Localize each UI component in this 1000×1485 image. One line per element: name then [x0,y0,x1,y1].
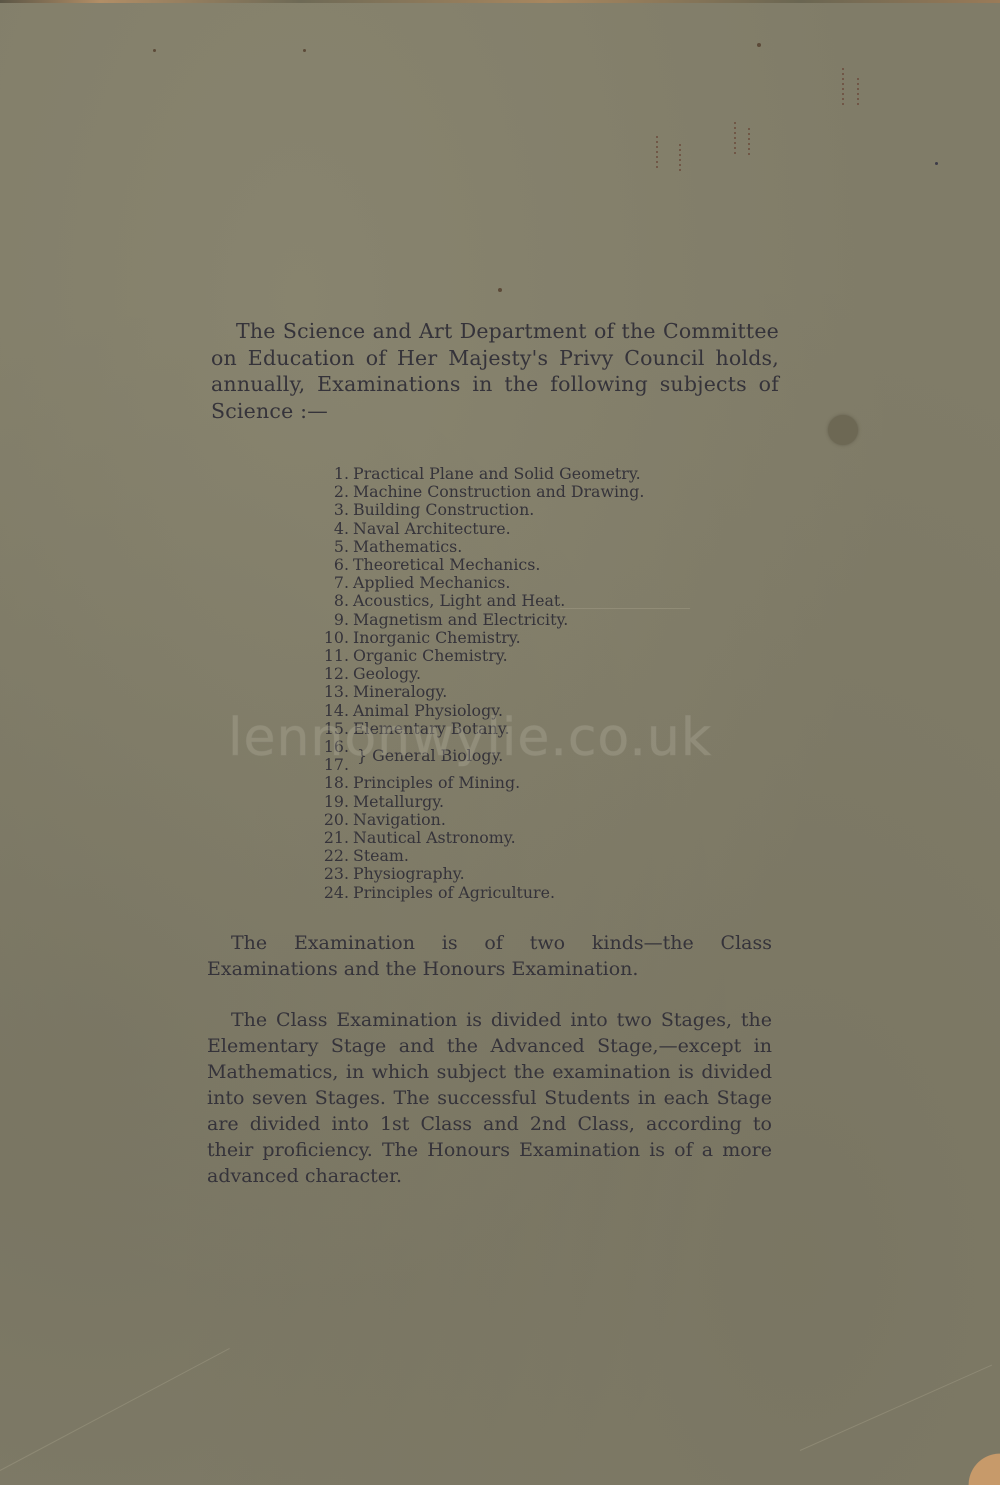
list-item: 10.Inorganic Chemistry. [310,629,670,647]
speck [498,288,502,292]
subject-label: Magnetism and Electricity. [353,611,568,629]
subject-label: Elementary Botany. [353,720,510,738]
subject-number: 16. [310,738,353,756]
list-item: 8.Acoustics, Light and Heat. [310,592,670,610]
list-item: 5.Mathematics. [310,538,670,556]
subject-label: Mathematics. [353,538,462,556]
subject-number: 2. [310,483,353,501]
list-item: 24.Principles of Agriculture. [310,884,670,902]
ink-marks [734,122,736,156]
list-item: 12.Geology. [310,665,670,683]
list-item: 15.Elementary Botany. [310,720,670,738]
subject-label: Navigation. [353,811,446,829]
subject-number: 1. [310,465,353,483]
subject-number: 14. [310,702,353,720]
ink-marks [679,144,681,172]
ink-marks [857,78,859,108]
brace-label-general-biology: } General Biology. [357,747,503,765]
list-item: 14.Animal Physiology. [310,702,670,720]
list-item: 3.Building Construction. [310,501,670,519]
paragraph-text: The Examination is of two kinds—the Clas… [207,930,772,982]
subject-number: 22. [310,847,353,865]
examination-kinds-paragraph: The Examination is of two kinds—the Clas… [207,930,772,982]
list-item: 1.Practical Plane and Solid Geometry. [310,465,670,483]
subject-label: Practical Plane and Solid Geometry. [353,465,641,483]
subject-label: Geology. [353,665,421,683]
list-item: 6.Theoretical Mechanics. [310,556,670,574]
list-item: 9.Magnetism and Electricity. [310,611,670,629]
list-item: 2.Machine Construction and Drawing. [310,483,670,501]
subject-label: Animal Physiology. [353,702,503,720]
subject-number: 9. [310,611,353,629]
speck [303,49,306,52]
speck [757,43,761,47]
speck [935,162,938,165]
ink-marks [748,128,750,158]
list-item: 21.Nautical Astronomy. [310,829,670,847]
subject-label: Naval Architecture. [353,520,511,538]
subject-number: 8. [310,592,353,610]
subject-number: 3. [310,501,353,519]
brace-group: 16. 17. } General Biology. [310,738,670,774]
subject-number: 5. [310,538,353,556]
subject-number: 18. [310,774,353,792]
subject-number: 10. [310,629,353,647]
subject-number: 20. [310,811,353,829]
list-item: 22.Steam. [310,847,670,865]
page-top-edge [0,0,1000,3]
ink-marks [656,136,658,168]
list-item: 13.Mineralogy. [310,683,670,701]
subject-label: Physiography. [353,865,465,883]
list-item: 11.Organic Chemistry. [310,647,670,665]
subject-number: 19. [310,793,353,811]
subject-label: Organic Chemistry. [353,647,508,665]
subject-label: Mineralogy. [353,683,447,701]
subject-label: Acoustics, Light and Heat. [353,592,565,610]
subject-number: 15. [310,720,353,738]
round-stain [828,415,858,445]
subject-label: Inorganic Chemistry. [353,629,521,647]
subject-number: 7. [310,574,353,592]
subject-number: 21. [310,829,353,847]
list-item: 23.Physiography. [310,865,670,883]
speck [153,49,156,52]
list-item: 18.Principles of Mining. [310,774,670,792]
subject-label: Theoretical Mechanics. [353,556,540,574]
list-item: 4.Naval Architecture. [310,520,670,538]
subject-number: 11. [310,647,353,665]
class-examination-paragraph: The Class Examination is divided into tw… [207,1007,772,1189]
subject-label: Building Construction. [353,501,534,519]
subject-number: 24. [310,884,353,902]
subject-label: Metallurgy. [353,793,444,811]
subject-label: Nautical Astronomy. [353,829,516,847]
intro-text: The Science and Art Department of the Co… [211,318,779,424]
ink-marks [842,68,844,106]
subject-label: Machine Construction and Drawing. [353,483,644,501]
paper-crease [0,1348,230,1471]
subject-number: 4. [310,520,353,538]
list-item: 19.Metallurgy. [310,793,670,811]
subject-label: Principles of Agriculture. [353,884,555,902]
subject-label: Principles of Mining. [353,774,520,792]
list-item: 7.Applied Mechanics. [310,574,670,592]
document-page: The Science and Art Department of the Co… [0,0,1000,1485]
subject-label: Applied Mechanics. [353,574,510,592]
subject-number: 23. [310,865,353,883]
subject-number: 12. [310,665,353,683]
subject-number: 17. [310,756,353,774]
paragraph-text: The Class Examination is divided into tw… [207,1007,772,1189]
paper-crease [800,1365,992,1451]
subject-number: 6. [310,556,353,574]
list-item: 20.Navigation. [310,811,670,829]
torn-corner [960,1445,1000,1485]
subject-number: 13. [310,683,353,701]
subject-label: Steam. [353,847,409,865]
subjects-list: 1.Practical Plane and Solid Geometry. 2.… [310,465,670,902]
intro-paragraph: The Science and Art Department of the Co… [211,318,779,424]
